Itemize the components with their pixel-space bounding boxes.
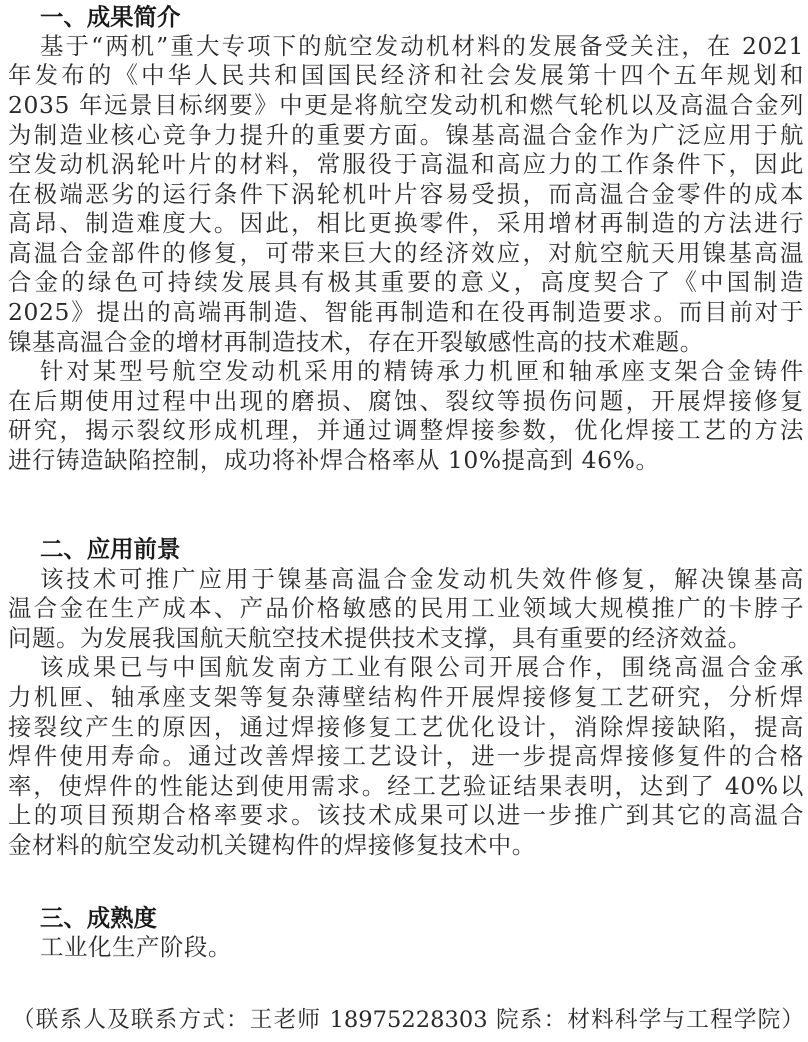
- paragraph-line: 进行铸造缺陷控制，成功将补焊合格率从 10%提高到 46%。: [8, 445, 648, 475]
- paragraph-line: 该技术可推广应用于镍基高温合金发动机失效件修复，解决镍基高: [40, 564, 804, 594]
- paragraph-line: 焊件使用寿命。通过改善焊接工艺设计，进一步提高焊接修复件的合格: [8, 741, 804, 771]
- paragraph-line: 空发动机涡轮叶片的材料，常服役于高温和高应力的工作条件下，因此: [8, 149, 804, 179]
- paragraph-line: 在极端恶劣的运行条件下涡轮机叶片容易受损，而高温合金零件的成本: [8, 179, 804, 209]
- paragraph-line: 问题。为发展我国航天航空技术提供技术支撑，具有重要的经济效益。: [8, 623, 788, 653]
- section-heading-maturity: 三、成熟度: [40, 903, 157, 933]
- contact-info: （联系人及联系方式：王老师 18975228303 院系：材料科学与工程学院）: [12, 1005, 804, 1035]
- paragraph-line: 2025》提出的高端再制造、智能再制造和在役再制造要求。而目前对于: [8, 297, 804, 327]
- paragraph-line: 2035 年远景目标纲要》中更是将航空发动机和燃气轮机以及高温合金列: [8, 90, 804, 120]
- section-heading-application-prospects: 二、应用前景: [40, 534, 180, 564]
- paragraph-line: 镍基高温合金的增材再制造技术，存在开裂敏感性高的技术难题。: [8, 327, 728, 357]
- paragraph-line: 合金的绿色可持续发展具有极其重要的意义，高度契合了《中国制造: [8, 267, 804, 297]
- paragraph-line: 工业化生产阶段。: [40, 932, 280, 962]
- paragraph-line: 为制造业核心竞争力提升的重要方面。镍基高温合金作为广泛应用于航: [8, 120, 804, 150]
- section-heading-achievement-summary: 一、成果简介: [40, 2, 180, 32]
- paragraph-line: 基于“两机”重大专项下的航空发动机材料的发展备受关注，在 2021: [40, 31, 804, 61]
- document-page: 一、成果简介 基于“两机”重大专项下的航空发动机材料的发展备受关注，在 2021…: [0, 0, 808, 1042]
- paragraph-line: 金材料的航空发动机关键构件的焊接修复技术中。: [8, 830, 568, 860]
- paragraph-line: 该成果已与中国航发南方工业有限公司开展合作，围绕高温合金承: [40, 652, 804, 682]
- paragraph-line: 针对某型号航空发动机采用的精铸承力机匣和轴承座支架合金铸件: [40, 356, 804, 386]
- paragraph-line: 温合金在生产成本、产品价格敏感的民用工业领域大规模推广的卡脖子: [8, 593, 804, 623]
- paragraph-line: 率，使焊件的性能达到使用需求。经工艺验证结果表明，达到了 40%以: [8, 771, 804, 801]
- paragraph-line: 力机匣、轴承座支架等复杂薄壁结构件开展焊接修复工艺研究，分析焊: [8, 682, 804, 712]
- paragraph-line: 高温合金部件的修复，可带来巨大的经济效应，对航空航天用镍基高温: [8, 238, 804, 268]
- paragraph-line: 接裂纹产生的原因，通过焊接修复工艺优化设计，消除焊接缺陷，提高: [8, 712, 804, 742]
- paragraph-line: 年发布的《中华人民共和国国民经济和社会发展第十四个五年规划和: [8, 60, 804, 90]
- paragraph-line: 研究，揭示裂纹形成机理，并通过调整焊接参数，优化焊接工艺的方法: [8, 415, 804, 445]
- paragraph-line: 在后期使用过程中出现的磨损、腐蚀、裂纹等损伤问题，开展焊接修复: [8, 386, 804, 416]
- paragraph-line: 高昂、制造难度大。因此，相比更换零件，采用增材再制造的方法进行: [8, 208, 804, 238]
- paragraph-line: 上的项目预期合格率要求。该技术成果可以进一步推广到其它的高温合: [8, 800, 804, 830]
